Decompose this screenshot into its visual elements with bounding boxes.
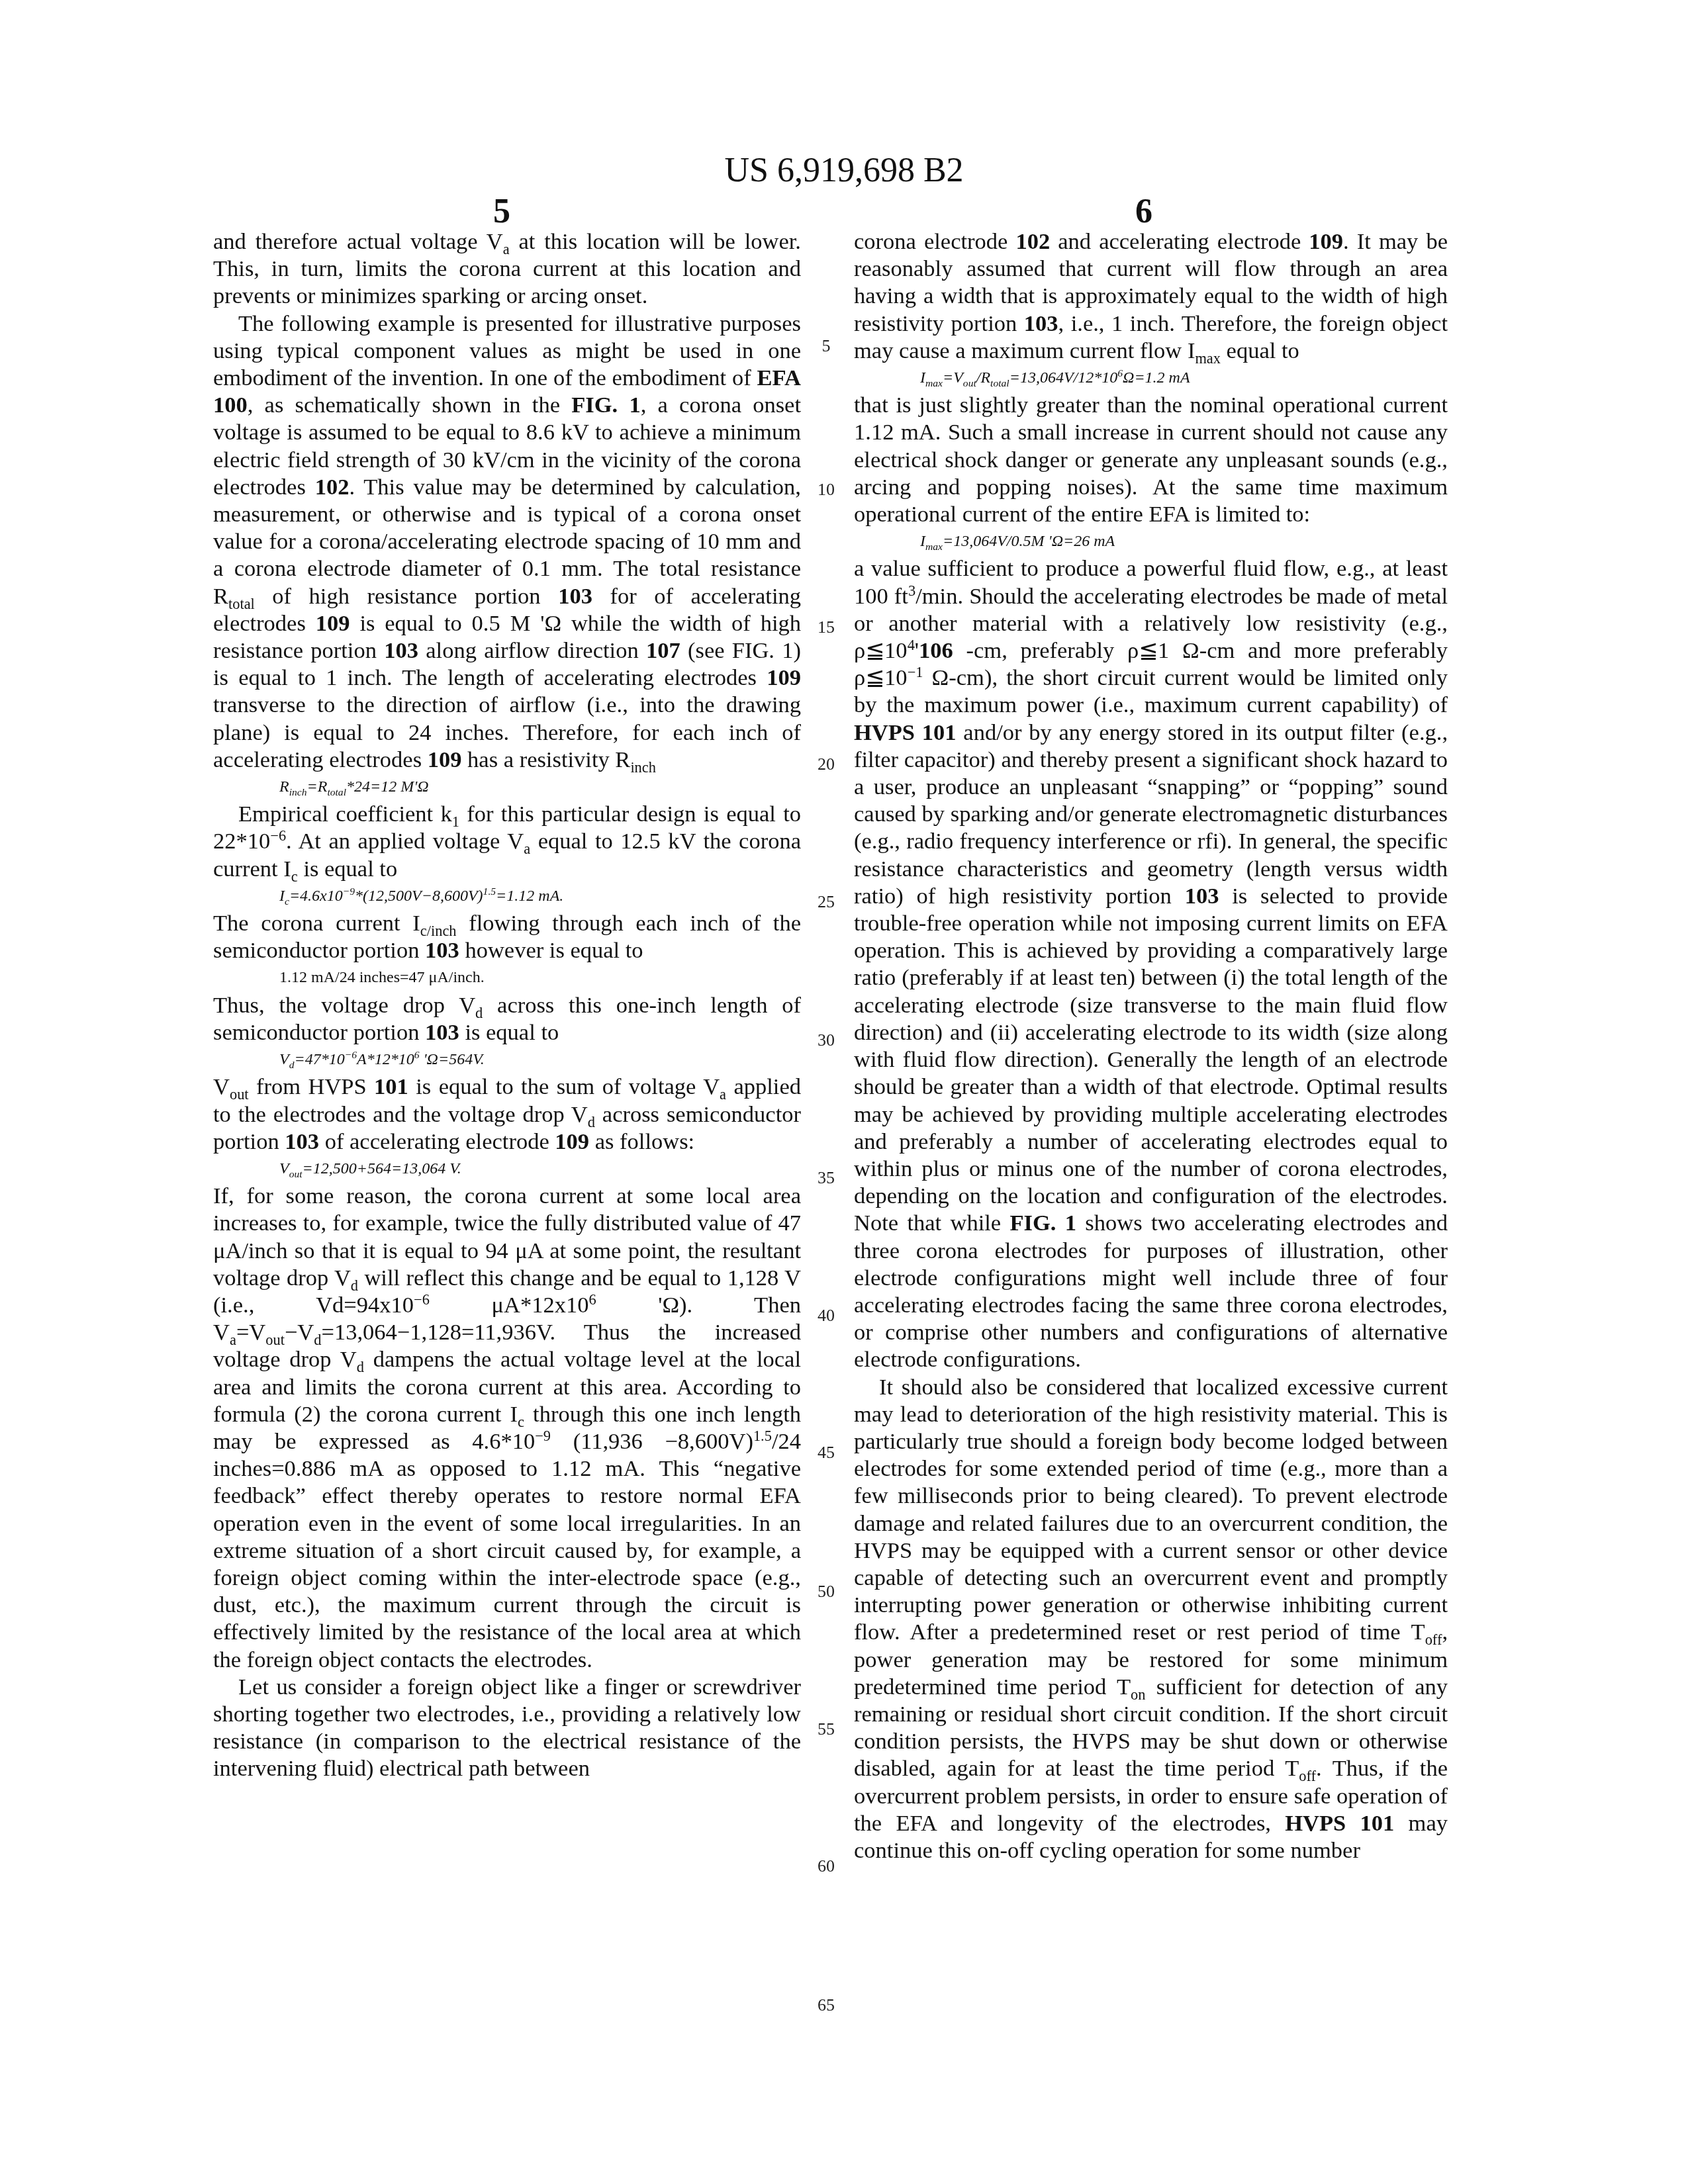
- line-number: 10: [806, 480, 846, 500]
- paragraph: that is just slightly greater than the n…: [854, 392, 1448, 528]
- line-number: 60: [806, 1856, 846, 1876]
- line-number: 55: [806, 1719, 846, 1739]
- paragraph: If, for some reason, the corona current …: [213, 1183, 801, 1674]
- paragraph: The corona current Ic/inch flowing throu…: [213, 910, 801, 964]
- paragraph: The following example is presented for i…: [213, 310, 801, 774]
- paragraph: It should also be considered that locali…: [854, 1374, 1448, 1865]
- line-number: 20: [806, 754, 846, 774]
- line-number: 15: [806, 617, 846, 637]
- paragraph: and therefore actual voltage Va at this …: [213, 228, 801, 310]
- patent-number: US 6,919,698 B2: [0, 151, 1688, 190]
- paragraph: Thus, the voltage drop Vd across this on…: [213, 992, 801, 1046]
- equation: Imax=13,064V/0.5M 'Ω=26 mA: [854, 528, 1448, 555]
- paragraph: corona electrode 102 and accelerating el…: [854, 228, 1448, 365]
- equation: Vd=47*10−6A*12*106 'Ω=564V.: [213, 1046, 801, 1073]
- right-column: corona electrode 102 and accelerating el…: [854, 228, 1448, 1864]
- column-number-right: 6: [1135, 192, 1152, 231]
- equation: Vout=12,500+564=13,064 V.: [213, 1156, 801, 1183]
- paragraph: Empirical coefficient k1 for this partic…: [213, 801, 801, 883]
- line-number: 25: [806, 892, 846, 912]
- line-number: 65: [806, 1995, 846, 2015]
- line-number: 50: [806, 1582, 846, 1602]
- column-number-left: 5: [493, 192, 510, 231]
- equation: Imax=Vout/Rtotal=13,064V/12*106Ω=1.2 mA: [854, 365, 1448, 392]
- paragraph: a value sufficient to produce a powerful…: [854, 555, 1448, 1373]
- paragraph: Let us consider a foreign object like a …: [213, 1674, 801, 1783]
- equation: Ic=4.6x10−9*(12,500V−8,600V)1.5=1.12 mA.: [213, 883, 801, 910]
- line-number: 30: [806, 1030, 846, 1050]
- equation: 1.12 mA/24 inches=47 μA/inch.: [213, 964, 801, 991]
- line-number: 45: [806, 1443, 846, 1463]
- equation: Rinch=Rtotal*24=12 M'Ω: [213, 774, 801, 801]
- paragraph: Vout from HVPS 101 is equal to the sum o…: [213, 1073, 801, 1156]
- line-number: 35: [806, 1168, 846, 1188]
- line-number: 40: [806, 1306, 846, 1326]
- left-column: and therefore actual voltage Va at this …: [213, 228, 801, 1783]
- line-number: 5: [806, 336, 846, 356]
